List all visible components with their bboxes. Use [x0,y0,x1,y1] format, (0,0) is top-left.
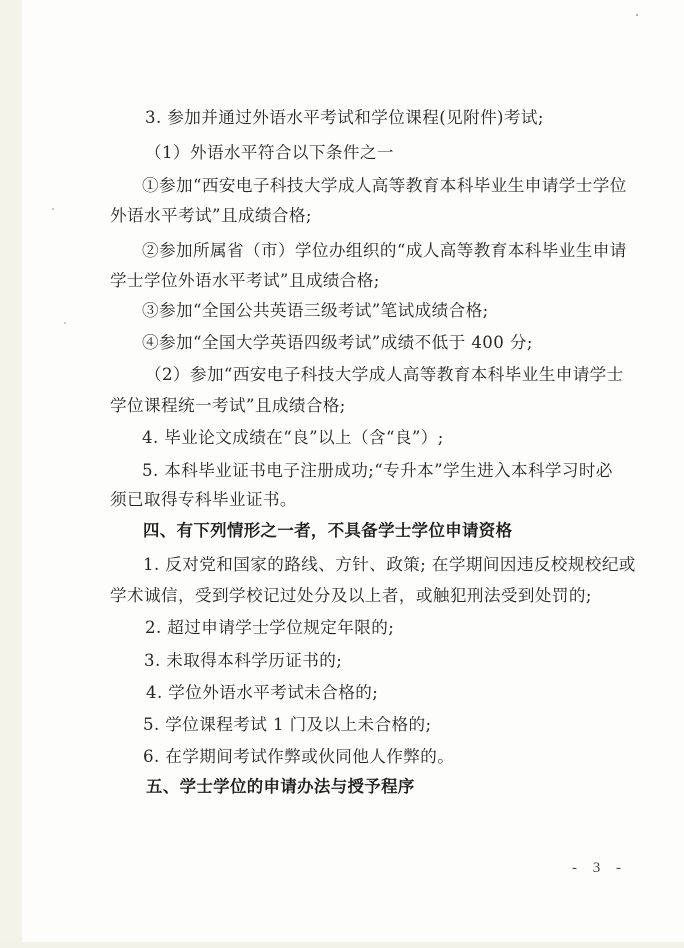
disqualify-4: 4. 学位外语水平考试未合格的; [146,683,378,703]
condition-4: ④参加“全国大学英语四级考试”成绩不低于 400 分; [142,333,533,353]
disqualify-1-line-2: 学术诚信，受到学校记过处分及以上者，或触犯刑法受到处罚的; [110,586,592,606]
item-4-thesis: 4. 毕业论文成绩在“良”以上（含“良”）; [142,428,444,448]
disqualify-3: 3. 未取得本科学历证书的; [144,651,342,671]
condition-1-line-2: 外语水平考试”且成绩合格; [110,206,312,226]
condition-2-line-2: 学士学位外语水平考试”且成绩合格; [110,271,380,291]
item-5-line-2: 须已取得专科毕业证书。 [110,490,297,510]
scan-speck [636,14,638,16]
disqualify-2: 2. 超过申请学士学位规定年限的; [145,618,394,638]
page-number: - 3 - [572,860,627,877]
disqualify-1-line-1: 1. 反对党和国家的路线、方针、政策; 在学期间因违反校规校纪或 [143,555,636,575]
section-4-heading: 四、有下列情形之一者，不具备学士学位申请资格 [143,521,512,541]
item-5-line-1: 5. 本科毕业证书电子注册成功;“专升本”学生进入本科学习时必 [142,461,613,481]
subitem-2-line-1: （2）参加“西安电子科技大学成人高等教育本科毕业生申请学士 [145,365,624,385]
subitem-2-line-2: 学位课程统一考试”且成绩合格; [110,396,346,416]
scan-edge-bottom [0,942,684,948]
scan-speck [52,208,54,210]
item-3-requirement: 3. 参加并通过外语水平考试和学位课程(见附件)考试; [145,108,544,128]
condition-3: ③参加“全国公共英语三级考试”笔试成绩合格; [142,301,489,321]
scan-speck [64,322,66,324]
disqualify-6: 6. 在学期间考试作弊或伙同他人作弊的。 [143,747,454,767]
subitem-1-foreign-language: （1）外语水平符合以下条件之一 [145,143,394,163]
scan-edge-left [0,0,22,948]
condition-2-line-1: ②参加所属省（市）学位办组织的“成人高等教育本科毕业生申请 [142,241,627,261]
section-5-heading: 五、学士学位的申请办法与授予程序 [146,777,415,797]
condition-1-line-1: ①参加“西安电子科技大学成人高等教育本科毕业生申请学士学位 [142,176,627,196]
disqualify-5: 5. 学位课程考试 1 门及以上未合格的; [143,715,432,735]
